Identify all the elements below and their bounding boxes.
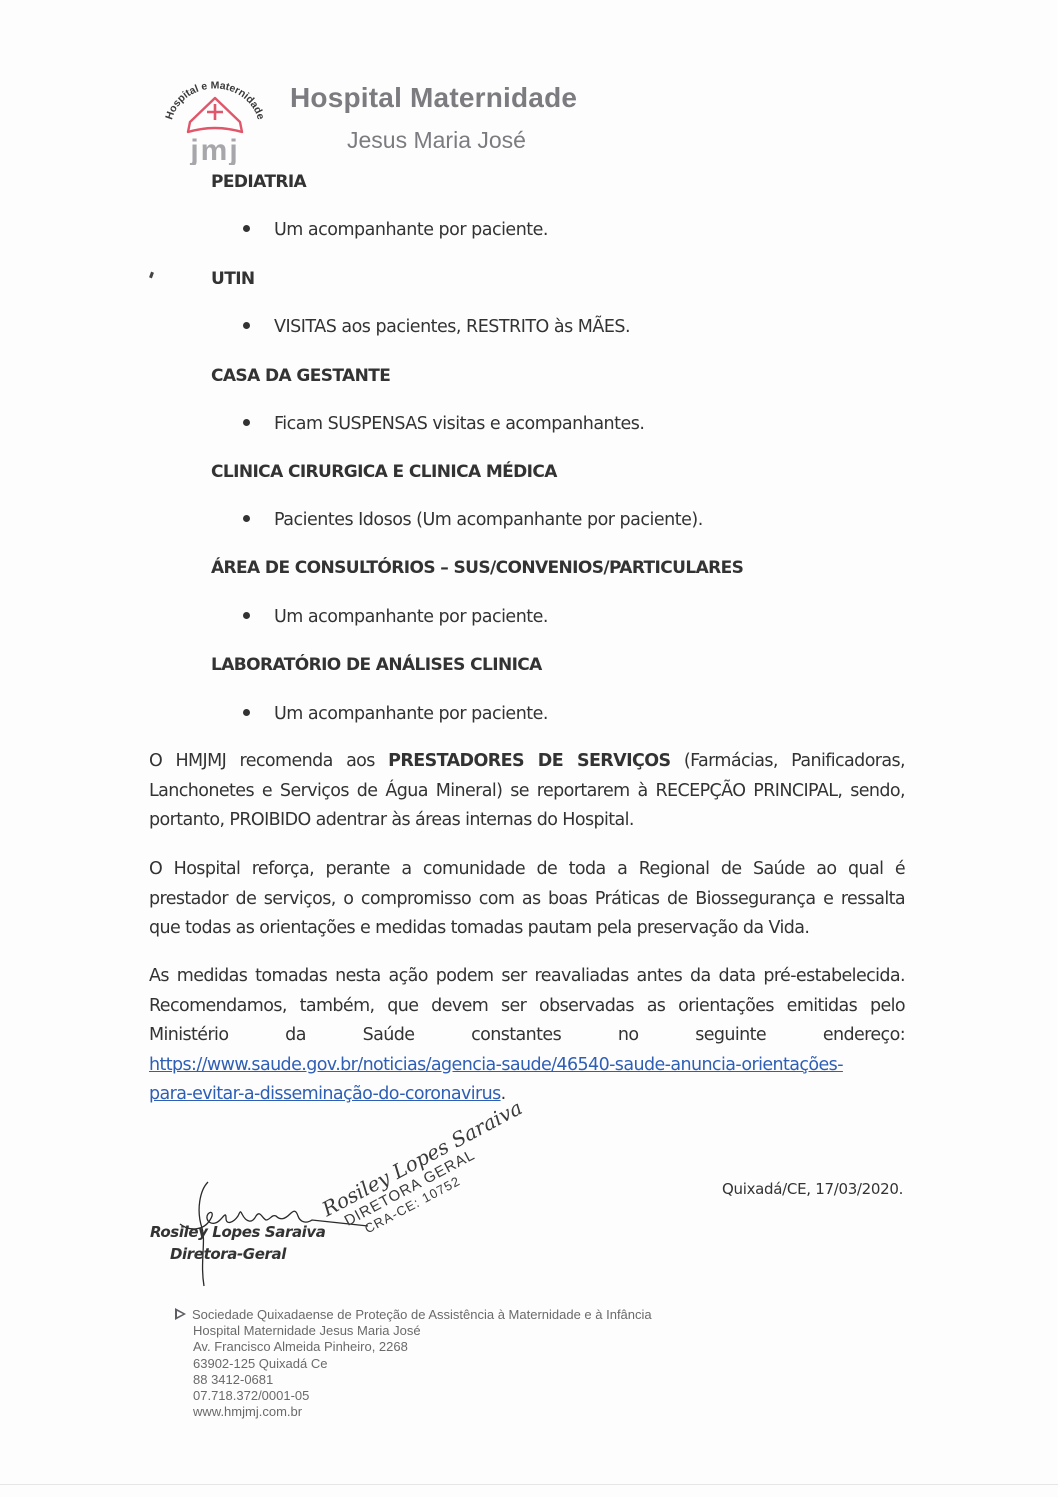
section-title-casa-gestante: CASA DA GESTANTE xyxy=(211,366,390,386)
scan-speck xyxy=(149,272,154,279)
logo-monogram: jmj xyxy=(189,134,239,165)
text: (Farmácias, Panificadoras, xyxy=(684,751,905,771)
paragraph-measures: As medidas tomadas nesta ação podem ser … xyxy=(149,962,905,1110)
footer-line: Hospital Maternidade Jesus Maria José xyxy=(175,1323,652,1339)
list-item: Um acompanhante por paciente. xyxy=(243,220,548,240)
section-title-laboratorio: LABORATÓRIO DE ANÁLISES CLINICA xyxy=(211,655,542,675)
bullet-icon xyxy=(243,612,250,619)
list-item-text: Um acompanhante por paciente. xyxy=(274,220,548,240)
text: Lanchonetes e Serviços de Água Mineral) … xyxy=(149,777,905,807)
place-and-date: Quixadá/CE, 17/03/2020. xyxy=(722,1180,903,1198)
text: Recomendamos, também, que devem ser obse… xyxy=(149,992,905,1022)
red-cross-icon xyxy=(207,104,223,120)
emphasis-text: PRESTADORES DE SERVIÇOS xyxy=(388,751,670,771)
list-item-text: Ficam SUSPENSAS visitas e acompanhantes. xyxy=(274,414,644,434)
text: Sociedade Quixadaense de Proteção de Ass… xyxy=(192,1307,652,1322)
list-item: Ficam SUSPENSAS visitas e acompanhantes. xyxy=(243,414,644,434)
bullet-icon xyxy=(243,225,250,232)
footer-line: Sociedade Quixadaense de Proteção de Ass… xyxy=(175,1307,652,1323)
text: As medidas tomadas nesta ação podem ser … xyxy=(149,962,905,992)
scan-edge-line xyxy=(0,1484,1058,1485)
hospital-subtitle: Jesus Maria José xyxy=(347,127,526,154)
text: prestador de serviços, o compromisso com… xyxy=(149,885,905,915)
bullet-icon xyxy=(243,419,250,426)
list-item: Pacientes Idosos (Um acompanhante por pa… xyxy=(243,510,703,530)
text: portanto, PROIBIDO adentrar às áreas int… xyxy=(149,806,905,836)
text: Ministério da Saúde constantes no seguin… xyxy=(149,1021,905,1051)
paragraph-service-providers: O HMJMJ recomenda aos PRESTADORES DE SER… xyxy=(149,747,905,836)
list-item-text: Pacientes Idosos (Um acompanhante por pa… xyxy=(274,510,703,530)
footer-line: Av. Francisco Almeida Pinheiro, 2268 xyxy=(175,1339,652,1355)
signatory-name: Rosiley Lopes Saraiva xyxy=(150,1223,326,1241)
footer-phone: 88 3412-0681 xyxy=(175,1372,652,1388)
footer-website[interactable]: www.hmjmj.com.br xyxy=(175,1404,652,1420)
signatory-role: Diretora-Geral xyxy=(170,1245,286,1263)
paragraph-commitment: O Hospital reforça, perante a comunidade… xyxy=(149,855,905,944)
text: O Hospital reforça, perante a comunidade… xyxy=(149,855,905,885)
ministry-link[interactable]: https://www.saude.gov.br/noticias/agenci… xyxy=(149,1055,843,1075)
section-title-utin: UTIN xyxy=(211,269,255,289)
list-item-text: Um acompanhante por paciente. xyxy=(274,607,548,627)
document-page: Hospital e Maternidade jmj Hospital Mate… xyxy=(0,0,1058,1497)
text: que todas as orientações e medidas tomad… xyxy=(149,914,905,944)
footer-address: Sociedade Quixadaense de Proteção de Ass… xyxy=(175,1307,652,1420)
ministry-link-wrapper: https://www.saude.gov.br/noticias/agenci… xyxy=(149,1051,905,1081)
list-item: Um acompanhante por paciente. xyxy=(243,607,548,627)
bullet-icon xyxy=(243,322,250,329)
section-title-consultorios: ÁREA DE CONSULTÓRIOS – SUS/CONVENIOS/PAR… xyxy=(211,558,743,578)
list-item: Um acompanhante por paciente. xyxy=(243,704,548,724)
footer-cnpj: 07.718.372/0001-05 xyxy=(175,1388,652,1404)
list-item-text: Um acompanhante por paciente. xyxy=(274,704,548,724)
ministry-link-wrapper-2: para-evitar-a-disseminação-do-coronaviru… xyxy=(149,1080,905,1110)
footer-line: 63902-125 Quixadá Ce xyxy=(175,1356,652,1372)
section-title-pediatria: PEDIATRIA xyxy=(211,172,306,192)
section-title-clinica: CLINICA CIRURGICA E CLINICA MÉDICA xyxy=(211,462,557,482)
play-arrow-icon xyxy=(175,1308,186,1320)
hospital-title: Hospital Maternidade xyxy=(290,82,577,114)
hospital-logo: Hospital e Maternidade jmj xyxy=(160,70,270,165)
list-item-text: VISITAS aos pacientes, RESTRITO às MÃES. xyxy=(274,317,630,337)
text: O HMJMJ recomenda aos xyxy=(149,751,375,771)
bullet-icon xyxy=(243,709,250,716)
bullet-icon xyxy=(243,515,250,522)
ministry-link-continued[interactable]: para-evitar-a-disseminação-do-coronaviru… xyxy=(149,1084,501,1104)
list-item: VISITAS aos pacientes, RESTRITO às MÃES. xyxy=(243,317,630,337)
